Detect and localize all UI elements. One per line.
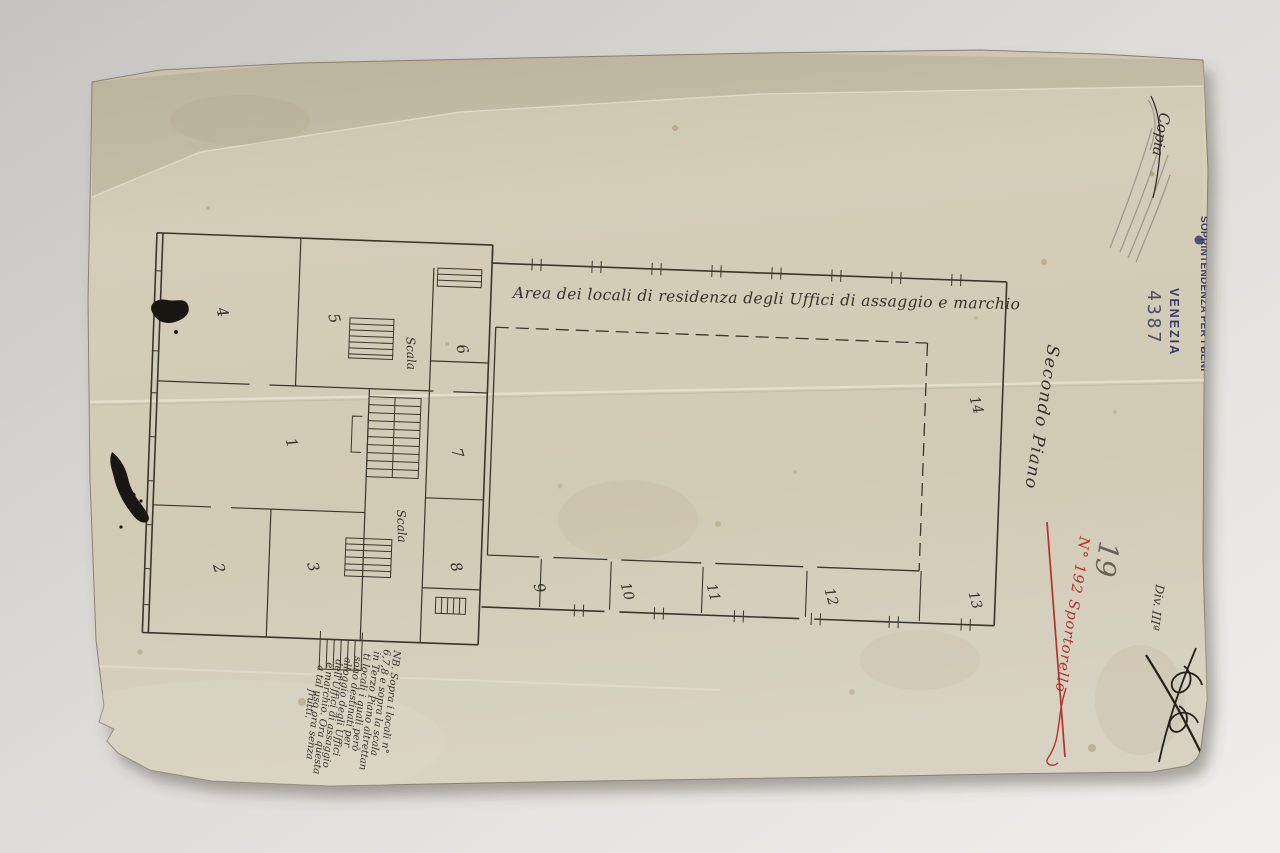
stamp-line-venezia: VENEZIA — [1167, 288, 1181, 356]
archival-photo: Area dei locali di residenza degli Uffic… — [0, 0, 1280, 853]
stairs-label-lower: Scala — [394, 509, 409, 543]
pencil-number: 19 — [1088, 539, 1126, 579]
stairs-label-upper: Scala — [403, 337, 418, 371]
archive-number: 4387 — [1143, 290, 1164, 345]
document-photo-svg: Area dei locali di residenza degli Uffic… — [0, 0, 1280, 853]
stamp-ink-smudge — [1195, 236, 1204, 245]
